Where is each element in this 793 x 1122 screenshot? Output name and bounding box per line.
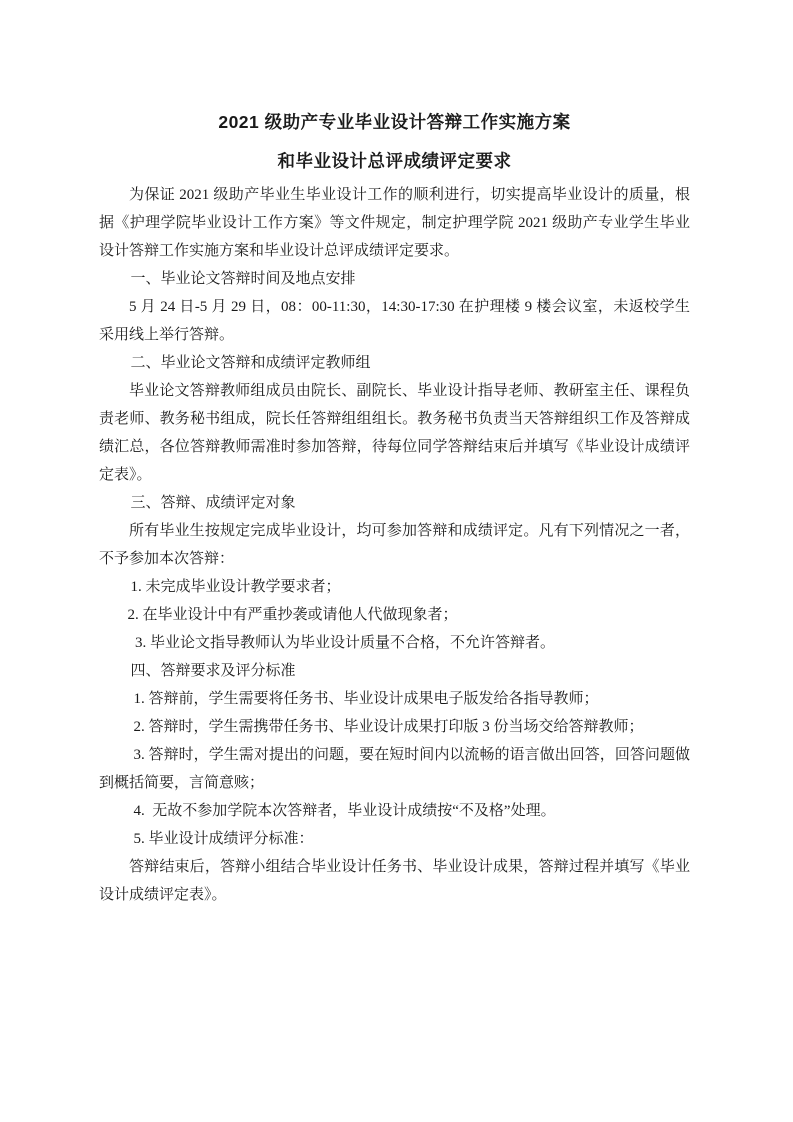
section-2-paragraph: 毕业论文答辩教师组成员由院长、副院长、毕业设计指导老师、教研室主任、课程负责老师… xyxy=(99,377,690,489)
section-4-item-4: 4. 无故不参加学院本次答辩者，毕业设计成绩按“不及格”处理。 xyxy=(99,797,690,825)
closing-paragraph: 答辩结束后，答辩小组结合毕业设计任务书、毕业设计成果，答辩过程并填写《毕业设计成… xyxy=(99,853,690,909)
section-4-item-1: 1. 答辩前，学生需要将任务书、毕业设计成果电子版发给各指导教师； xyxy=(99,685,690,713)
section-4-item-5: 5. 毕业设计成绩评分标准： xyxy=(99,825,690,853)
section-3-item-1: 1. 未完成毕业设计教学要求者； xyxy=(99,573,690,601)
document-page: 2021 级助产专业毕业设计答辩工作实施方案 和毕业设计总评成绩评定要求 为保证… xyxy=(0,0,793,1122)
section-3-item-3: 3. 毕业论文指导教师认为毕业设计质量不合格，不允许答辩者。 xyxy=(99,629,690,657)
section-1-heading: 一、毕业论文答辩时间及地点安排 xyxy=(99,265,690,293)
section-2-heading: 二、毕业论文答辩和成绩评定教师组 xyxy=(99,349,690,377)
document-title-line2: 和毕业设计总评成绩评定要求 xyxy=(99,142,690,181)
document-title-line1: 2021 级助产专业毕业设计答辩工作实施方案 xyxy=(99,103,690,142)
intro-paragraph: 为保证 2021 级助产毕业生毕业设计工作的顺利进行，切实提高毕业设计的质量，根… xyxy=(99,181,690,265)
section-3-heading: 三、答辩、成绩评定对象 xyxy=(99,489,690,517)
section-4-item-2: 2. 答辩时，学生需携带任务书、毕业设计成果打印版 3 份当场交给答辩教师； xyxy=(99,713,690,741)
document-content: 2021 级助产专业毕业设计答辩工作实施方案 和毕业设计总评成绩评定要求 为保证… xyxy=(99,103,690,909)
section-3-item-2: 2. 在毕业设计中有严重抄袭或请他人代做现象者； xyxy=(99,601,690,629)
section-4-item-3: 3. 答辩时，学生需对提出的问题，要在短时间内以流畅的语言做出回答，回答问题做到… xyxy=(99,741,690,797)
section-1-paragraph: 5 月 24 日-5 月 29 日，08：00-11:30，14:30-17:3… xyxy=(99,293,690,349)
section-4-heading: 四、答辩要求及评分标准 xyxy=(99,657,690,685)
section-3-paragraph: 所有毕业生按规定完成毕业设计，均可参加答辩和成绩评定。凡有下列情况之一者，不予参… xyxy=(99,517,690,573)
